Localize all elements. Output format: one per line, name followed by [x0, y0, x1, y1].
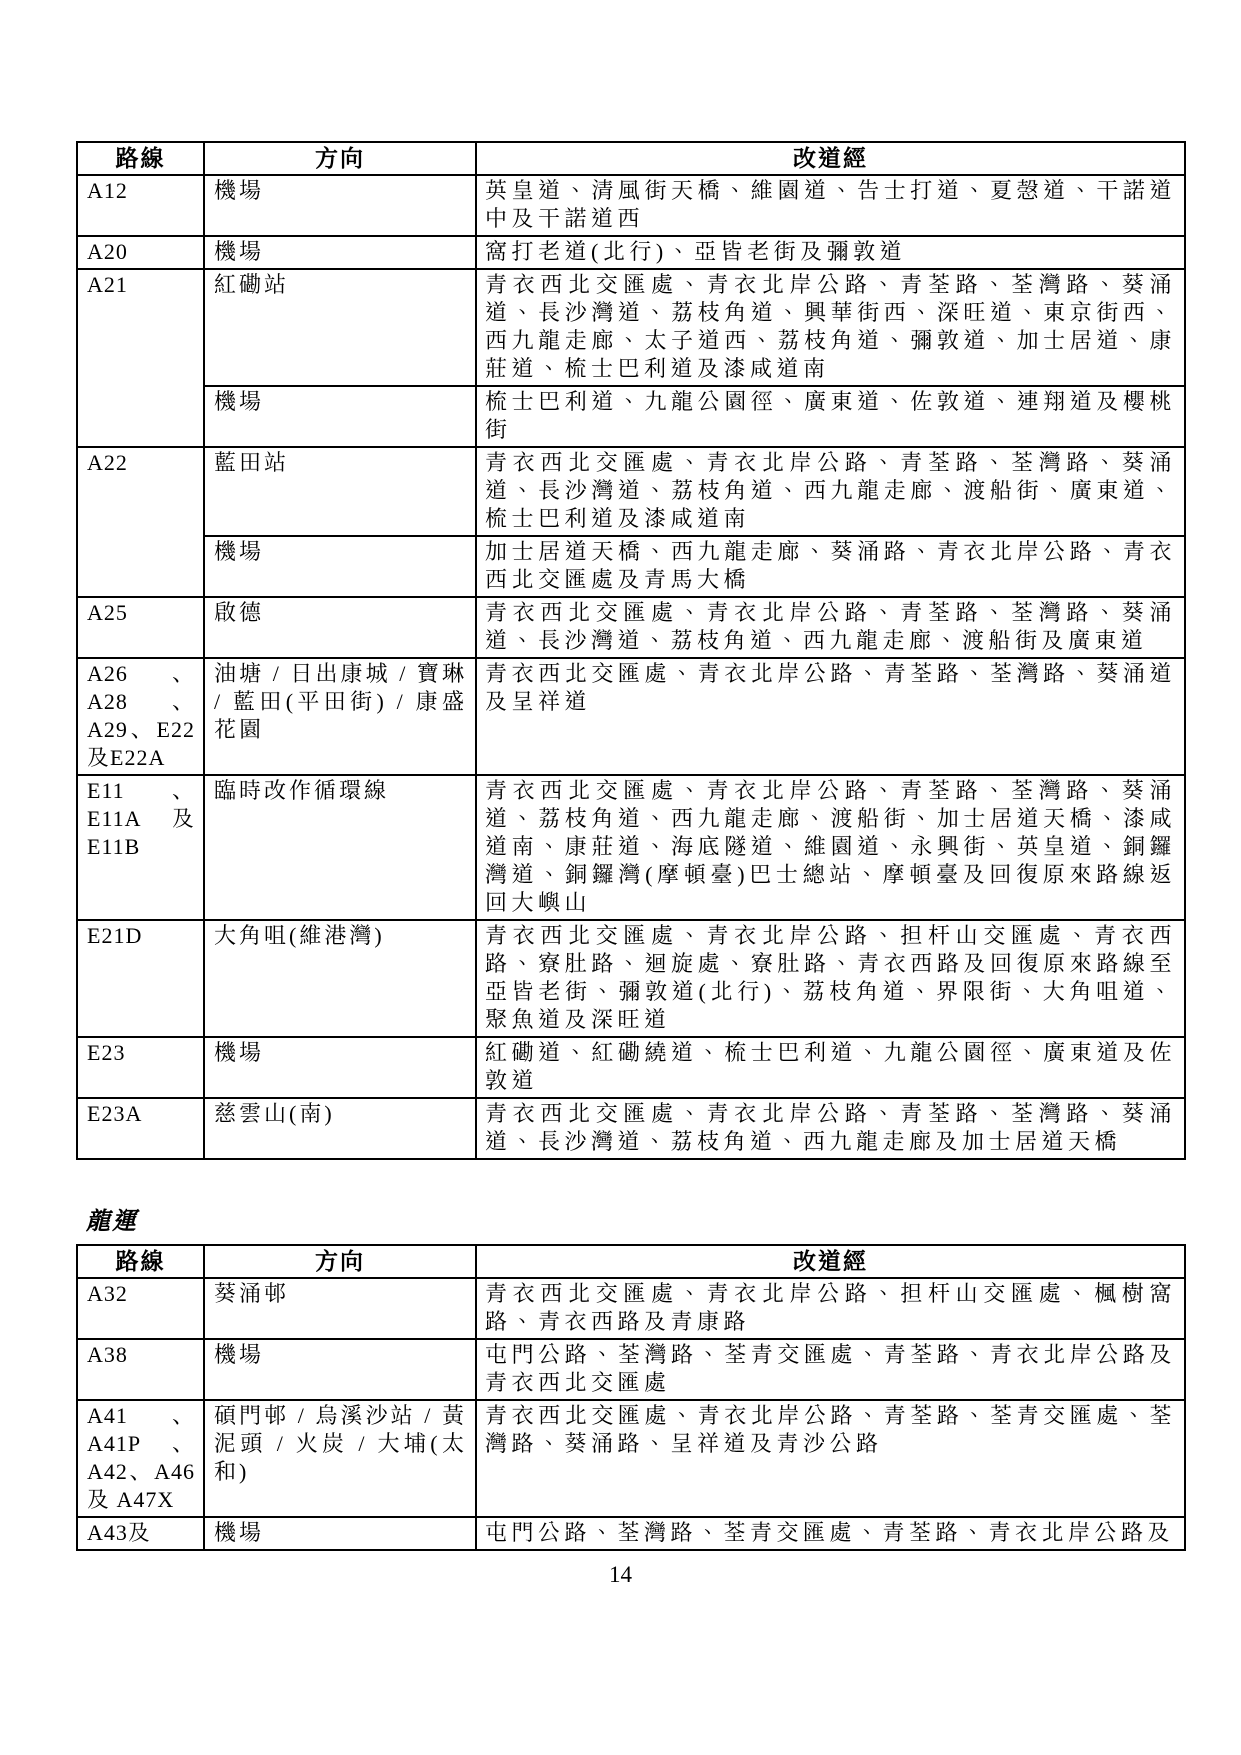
route-cell: A25: [77, 597, 204, 658]
table-row: A32 葵涌邨 青衣西北交匯處、青衣北岸公路、担杆山交匯處、楓樹窩路、青衣西路及…: [77, 1278, 1185, 1339]
route-cell: A43及: [77, 1517, 204, 1550]
route-cell: A32: [77, 1278, 204, 1339]
header-direction: 方向: [204, 142, 476, 175]
route-cell: A26、A28、A29、E22及E22A: [77, 658, 204, 775]
via-cell: 青衣西北交匯處、青衣北岸公路、青荃路、荃灣路、葵涌道、長沙灣道、荔枝角道、西九龍…: [476, 1098, 1185, 1159]
direction-cell: 機場: [204, 536, 476, 597]
via-cell: 青衣西北交匯處、青衣北岸公路、青荃路、荃灣路、葵涌道、長沙灣道、荔枝角道、西九龍…: [476, 447, 1185, 536]
route-cell: A12: [77, 175, 204, 236]
direction-cell: 紅磡站: [204, 269, 476, 386]
lwb-diversion-table: 路線 方向 改道經 A32 葵涌邨 青衣西北交匯處、青衣北岸公路、担杆山交匯處、…: [76, 1244, 1186, 1551]
table-row: 機場 梳士巴利道、九龍公園徑、廣東道、佐敦道、連翔道及櫻桃街: [77, 386, 1185, 447]
via-cell: 青衣西北交匯處、青衣北岸公路、青荃路、荃灣路、葵涌道及呈祥道: [476, 658, 1185, 775]
header-route: 路線: [77, 1245, 204, 1278]
via-cell: 青衣西北交匯處、青衣北岸公路、青荃路、荃灣路、葵涌道、長沙灣道、荔枝角道、興華街…: [476, 269, 1185, 386]
direction-cell: 葵涌邨: [204, 1278, 476, 1339]
table-row: A41、A41P、A42、A46及 A47X 碩門邨 / 烏溪沙站 / 黃泥頭 …: [77, 1400, 1185, 1517]
section-title-lwb: 龍運: [86, 1207, 138, 1237]
table-row: A43及 機場 屯門公路、荃灣路、荃青交匯處、青荃路、青衣北岸公路及: [77, 1517, 1185, 1550]
table-row: E11、E11A及E11B 臨時改作循環線 青衣西北交匯處、青衣北岸公路、青荃路…: [77, 775, 1185, 920]
via-cell: 青衣西北交匯處、青衣北岸公路、担杆山交匯處、青衣西路、寮肚路、迴旋處、寮肚路、青…: [476, 920, 1185, 1037]
table-row: 機場 加士居道天橋、西九龍走廊、葵涌路、青衣北岸公路、青衣西北交匯處及青馬大橋: [77, 536, 1185, 597]
route-cell: E23A: [77, 1098, 204, 1159]
route-cell: A20: [77, 236, 204, 269]
table-row: A25 啟德 青衣西北交匯處、青衣北岸公路、青荃路、荃灣路、葵涌道、長沙灣道、荔…: [77, 597, 1185, 658]
direction-cell: 機場: [204, 1517, 476, 1550]
header-via: 改道經: [476, 1245, 1185, 1278]
direction-cell: 機場: [204, 386, 476, 447]
route-cell: A38: [77, 1339, 204, 1400]
direction-cell: 慈雲山(南): [204, 1098, 476, 1159]
via-cell: 加士居道天橋、西九龍走廊、葵涌路、青衣北岸公路、青衣西北交匯處及青馬大橋: [476, 536, 1185, 597]
table-row: A12 機場 英皇道、清風街天橋、維園道、告士打道、夏愨道、干諾道中及干諾道西: [77, 175, 1185, 236]
header-direction: 方向: [204, 1245, 476, 1278]
direction-cell: 機場: [204, 1339, 476, 1400]
direction-cell: 大角咀(維港灣): [204, 920, 476, 1037]
header-route: 路線: [77, 142, 204, 175]
table-row: A21 紅磡站 青衣西北交匯處、青衣北岸公路、青荃路、荃灣路、葵涌道、長沙灣道、…: [77, 269, 1185, 386]
direction-cell: 機場: [204, 1037, 476, 1098]
direction-cell: 機場: [204, 175, 476, 236]
direction-cell: 臨時改作循環線: [204, 775, 476, 920]
table-header-row: 路線 方向 改道經: [77, 1245, 1185, 1278]
via-cell: 梳士巴利道、九龍公園徑、廣東道、佐敦道、連翔道及櫻桃街: [476, 386, 1185, 447]
route-cell: A22: [77, 447, 204, 597]
via-cell: 青衣西北交匯處、青衣北岸公路、青荃路、荃灣路、葵涌道、荔枝角道、西九龍走廊、渡船…: [476, 775, 1185, 920]
direction-cell: 藍田站: [204, 447, 476, 536]
route-cell: A21: [77, 269, 204, 447]
direction-cell: 啟德: [204, 597, 476, 658]
table-row: A22 藍田站 青衣西北交匯處、青衣北岸公路、青荃路、荃灣路、葵涌道、長沙灣道、…: [77, 447, 1185, 536]
route-cell: E11、E11A及E11B: [77, 775, 204, 920]
route-cell: E23: [77, 1037, 204, 1098]
direction-cell: 機場: [204, 236, 476, 269]
direction-cell: 油塘 / 日出康城 / 寶琳 / 藍田(平田街) / 康盛花園: [204, 658, 476, 775]
via-cell: 青衣西北交匯處、青衣北岸公路、青荃路、荃青交匯處、荃灣路、葵涌路、呈祥道及青沙公…: [476, 1400, 1185, 1517]
table-row: A20 機場 窩打老道(北行)、亞皆老街及彌敦道: [77, 236, 1185, 269]
table-row: A38 機場 屯門公路、荃灣路、荃青交匯處、青荃路、青衣北岸公路及青衣西北交匯處: [77, 1339, 1185, 1400]
table-row: E23 機場 紅磡道、紅磡繞道、梳士巴利道、九龍公園徑、廣東道及佐敦道: [77, 1037, 1185, 1098]
table-header-row: 路線 方向 改道經: [77, 142, 1185, 175]
kmb-diversion-table: 路線 方向 改道經 A12 機場 英皇道、清風街天橋、維園道、告士打道、夏愨道、…: [76, 141, 1186, 1160]
via-cell: 青衣西北交匯處、青衣北岸公路、担杆山交匯處、楓樹窩路、青衣西路及青康路: [476, 1278, 1185, 1339]
via-cell: 屯門公路、荃灣路、荃青交匯處、青荃路、青衣北岸公路及青衣西北交匯處: [476, 1339, 1185, 1400]
table-row: A26、A28、A29、E22及E22A 油塘 / 日出康城 / 寶琳 / 藍田…: [77, 658, 1185, 775]
route-cell: E21D: [77, 920, 204, 1037]
direction-cell: 碩門邨 / 烏溪沙站 / 黃泥頭 / 火炭 / 大埔(太和): [204, 1400, 476, 1517]
via-cell: 青衣西北交匯處、青衣北岸公路、青荃路、荃灣路、葵涌道、長沙灣道、荔枝角道、西九龍…: [476, 597, 1185, 658]
table-row: E23A 慈雲山(南) 青衣西北交匯處、青衣北岸公路、青荃路、荃灣路、葵涌道、長…: [77, 1098, 1185, 1159]
header-via: 改道經: [476, 142, 1185, 175]
via-cell: 紅磡道、紅磡繞道、梳士巴利道、九龍公園徑、廣東道及佐敦道: [476, 1037, 1185, 1098]
via-cell: 屯門公路、荃灣路、荃青交匯處、青荃路、青衣北岸公路及: [476, 1517, 1185, 1550]
document-page: 路線 方向 改道經 A12 機場 英皇道、清風街天橋、維園道、告士打道、夏愨道、…: [0, 0, 1241, 1755]
via-cell: 英皇道、清風街天橋、維園道、告士打道、夏愨道、干諾道中及干諾道西: [476, 175, 1185, 236]
route-cell: A41、A41P、A42、A46及 A47X: [77, 1400, 204, 1517]
table-row: E21D 大角咀(維港灣) 青衣西北交匯處、青衣北岸公路、担杆山交匯處、青衣西路…: [77, 920, 1185, 1037]
page-number: 14: [0, 1560, 1241, 1590]
via-cell: 窩打老道(北行)、亞皆老街及彌敦道: [476, 236, 1185, 269]
